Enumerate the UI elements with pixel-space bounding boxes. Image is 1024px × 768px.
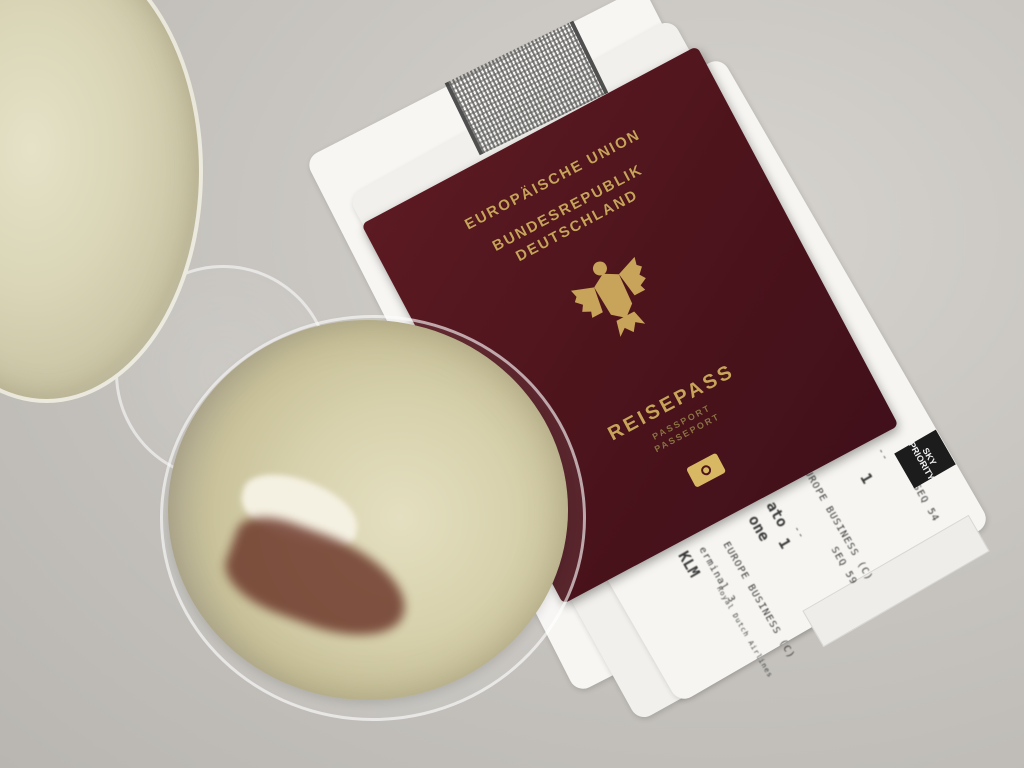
federal-eagle-icon bbox=[557, 236, 670, 353]
main-wine-glass bbox=[168, 320, 568, 700]
biometric-chip-icon bbox=[686, 453, 726, 488]
photo-scene: ato one -- 1 EUROPE BUSINESS (C) SEQ 54 … bbox=[0, 0, 1024, 768]
